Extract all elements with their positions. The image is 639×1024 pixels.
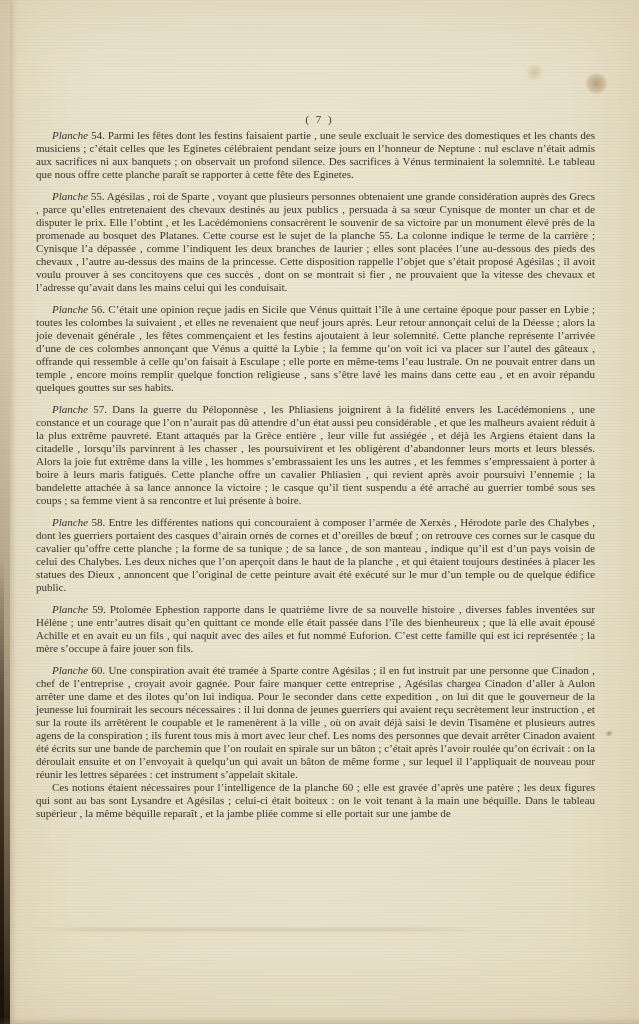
planche-label: Planche [52, 304, 88, 316]
page-content: Planche 54. Parmi les fêtes dont les fes… [36, 130, 595, 830]
paper-stain [585, 73, 608, 94]
paragraph-planche-58: Planche 58. Entre les différentes nation… [36, 517, 595, 595]
planche-label: Planche [52, 665, 88, 677]
paragraph-planche-60-note: Ces notions étaient nécessaires pour l’i… [36, 782, 595, 821]
paragraph-planche-57: Planche 57. Dans la guerre du Péloponnès… [36, 404, 595, 508]
page-bottom-edge-shadow [0, 1017, 639, 1024]
paragraph-text: Ces notions étaient nécessaires pour l’i… [36, 782, 595, 820]
planche-label: Planche [52, 404, 88, 416]
planche-number: 56. [91, 304, 105, 316]
paragraph-text: Ptolomée Ephestion rapporte dans le quat… [36, 604, 595, 655]
planche-number: 54. [91, 130, 105, 142]
planche-label: Planche [52, 130, 88, 142]
paragraph-planche-54: Planche 54. Parmi les fêtes dont les fes… [36, 130, 595, 182]
paper-crease [30, 928, 489, 931]
paper-stain [603, 729, 614, 738]
planche-number: 60. [91, 665, 105, 677]
paper-stain [525, 64, 544, 81]
planche-number: 57. [93, 404, 107, 416]
planche-number: 58. [91, 517, 105, 529]
paragraph-text: Entre les différentes nations qui concou… [36, 517, 595, 594]
book-page-scan: ( 7 ) Planche 54. Parmi les fêtes dont l… [0, 0, 639, 1024]
paragraph-text: C’était une opinion reçue jadis en Sicil… [36, 304, 595, 394]
planche-number: 59. [92, 604, 106, 616]
planche-label: Planche [52, 517, 88, 529]
paragraph-text: Parmi les fêtes dont les festins faisaie… [36, 130, 595, 181]
paragraph-planche-55: Planche 55. Agésilas , roi de Sparte , v… [36, 191, 595, 295]
book-binding-shadow [0, 0, 10, 1024]
paragraph-planche-59: Planche 59. Ptolomée Ephestion rapporte … [36, 604, 595, 656]
book-binding-shadow-core [0, 553, 4, 1024]
planche-number: 55. [91, 191, 105, 203]
paragraph-text: Une conspiration avait été tramée à Spar… [36, 665, 595, 781]
paragraph-text: Agésilas , roi de Sparte , voyant que pl… [36, 191, 595, 294]
planche-label: Planche [52, 191, 88, 203]
planche-label: Planche [52, 604, 88, 616]
page-number: ( 7 ) [0, 114, 639, 126]
paragraph-planche-60: Planche 60. Une conspiration avait été t… [36, 665, 595, 782]
paragraph-planche-56: Planche 56. C’était une opinion reçue ja… [36, 304, 595, 395]
paragraph-text: Dans la guerre du Péloponnèse , les Phli… [36, 404, 595, 507]
